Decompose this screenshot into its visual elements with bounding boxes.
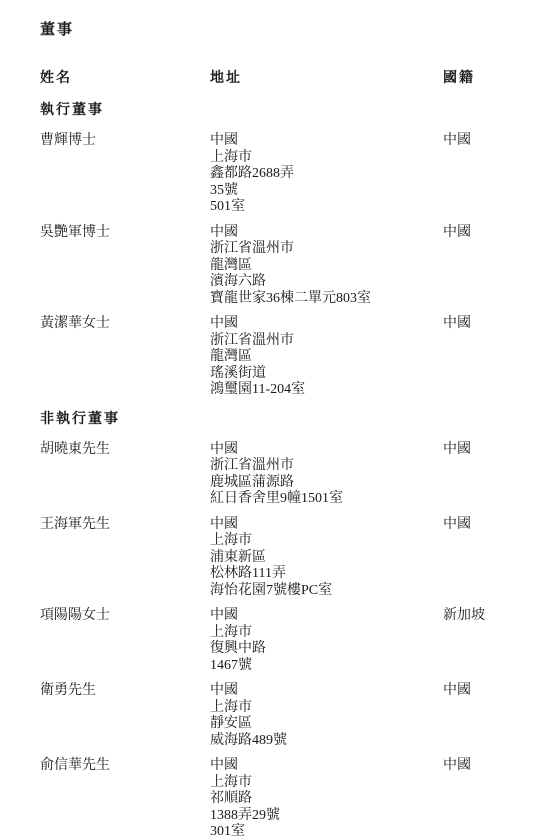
director-name: 衛勇先生 — [40, 683, 210, 749]
director-address: 中國上海市靜安區威海路489號 — [210, 683, 443, 749]
address-line: 寶龍世家36棟二單元803室 — [210, 291, 443, 308]
address-line: 靜安區 — [210, 716, 443, 733]
director-row: 胡曉東先生中國浙江省溫州市鹿城區蒲源路紅日香舍里9幢1501室中國 — [40, 442, 521, 508]
address-line: 中國 — [210, 133, 443, 150]
address-line: 復興中路 — [210, 641, 443, 658]
address-line: 龍灣區 — [210, 258, 443, 275]
address-line: 上海市 — [210, 775, 443, 792]
director-row: 王海軍先生中國上海市浦東新區松林路111弄海怡花園7號樓PC室中國 — [40, 517, 521, 600]
director-address: 中國浙江省溫州市鹿城區蒲源路紅日香舍里9幢1501室 — [210, 442, 443, 508]
director-name: 黃潔華女士 — [40, 316, 210, 399]
director-nationality: 中國 — [443, 517, 521, 600]
address-line: 威海路489號 — [210, 733, 443, 750]
director-row: 吳艷軍博士中國浙江省溫州市龍灣區濱海六路寶龍世家36棟二單元803室中國 — [40, 225, 521, 308]
director-nationality: 中國 — [443, 316, 521, 399]
address-line: 鹿城區蒲源路 — [210, 475, 443, 492]
director-row: 項陽陽女士中國上海市復興中路1467號新加坡 — [40, 608, 521, 674]
address-line: 中國 — [210, 608, 443, 625]
director-row: 曹輝博士中國上海市鑫都路2688弄35號501室中國 — [40, 133, 521, 216]
address-line: 瑤溪街道 — [210, 366, 443, 383]
address-line: 中國 — [210, 683, 443, 700]
address-line: 海怡花園7號樓PC室 — [210, 583, 443, 600]
address-line: 35號 — [210, 183, 443, 200]
address-line: 1388弄29號 — [210, 808, 443, 825]
address-line: 祁順路 — [210, 791, 443, 808]
director-name: 俞信華先生 — [40, 758, 210, 836]
director-name: 吳艷軍博士 — [40, 225, 210, 308]
address-line: 上海市 — [210, 150, 443, 167]
address-line: 中國 — [210, 517, 443, 534]
address-line: 上海市 — [210, 533, 443, 550]
director-nationality: 中國 — [443, 442, 521, 508]
section-heading: 執行董事 — [40, 99, 521, 119]
director-row: 俞信華先生中國上海市祁順路1388弄29號301室中國 — [40, 758, 521, 836]
director-name: 胡曉東先生 — [40, 442, 210, 508]
director-nationality: 中國 — [443, 225, 521, 308]
page-title: 董事 — [40, 20, 521, 40]
address-line: 上海市 — [210, 625, 443, 642]
address-line: 龍灣區 — [210, 349, 443, 366]
address-line: 鑫都路2688弄 — [210, 166, 443, 183]
address-line: 301室 — [210, 824, 443, 836]
section-heading: 非執行董事 — [40, 408, 521, 428]
director-address: 中國上海市浦東新區松林路111弄海怡花園7號樓PC室 — [210, 517, 443, 600]
column-header-name: 姓名 — [40, 67, 210, 87]
director-address: 中國上海市復興中路1467號 — [210, 608, 443, 674]
director-address: 中國上海市鑫都路2688弄35號501室 — [210, 133, 443, 216]
column-header-nationality: 國籍 — [443, 67, 521, 87]
address-line: 501室 — [210, 199, 443, 216]
address-line: 中國 — [210, 442, 443, 459]
address-line: 浙江省溫州市 — [210, 241, 443, 258]
director-name: 項陽陽女士 — [40, 608, 210, 674]
document-page: 董事 姓名 地址 國籍 執行董事曹輝博士中國上海市鑫都路2688弄35號501室… — [0, 0, 551, 836]
director-name: 王海軍先生 — [40, 517, 210, 600]
director-row: 衛勇先生中國上海市靜安區威海路489號中國 — [40, 683, 521, 749]
director-nationality: 中國 — [443, 133, 521, 216]
address-line: 濱海六路 — [210, 274, 443, 291]
column-header-address: 地址 — [210, 67, 443, 87]
address-line: 中國 — [210, 225, 443, 242]
address-line: 鴻璽園11-204室 — [210, 382, 443, 399]
director-row: 黃潔華女士中國浙江省溫州市龍灣區瑤溪街道鴻璽園11-204室中國 — [40, 316, 521, 399]
address-line: 上海市 — [210, 700, 443, 717]
address-line: 中國 — [210, 316, 443, 333]
address-line: 浦東新區 — [210, 550, 443, 567]
directors-list: 執行董事曹輝博士中國上海市鑫都路2688弄35號501室中國吳艷軍博士中國浙江省… — [40, 99, 521, 836]
address-line: 紅日香舍里9幢1501室 — [210, 491, 443, 508]
director-nationality: 新加坡 — [443, 608, 521, 674]
address-line: 1467號 — [210, 658, 443, 675]
address-line: 中國 — [210, 758, 443, 775]
table-header: 姓名 地址 國籍 — [40, 67, 521, 87]
address-line: 浙江省溫州市 — [210, 333, 443, 350]
address-line: 松林路111弄 — [210, 566, 443, 583]
director-name: 曹輝博士 — [40, 133, 210, 216]
director-address: 中國浙江省溫州市龍灣區濱海六路寶龍世家36棟二單元803室 — [210, 225, 443, 308]
director-address: 中國上海市祁順路1388弄29號301室 — [210, 758, 443, 836]
director-address: 中國浙江省溫州市龍灣區瑤溪街道鴻璽園11-204室 — [210, 316, 443, 399]
address-line: 浙江省溫州市 — [210, 458, 443, 475]
director-nationality: 中國 — [443, 758, 521, 836]
director-nationality: 中國 — [443, 683, 521, 749]
